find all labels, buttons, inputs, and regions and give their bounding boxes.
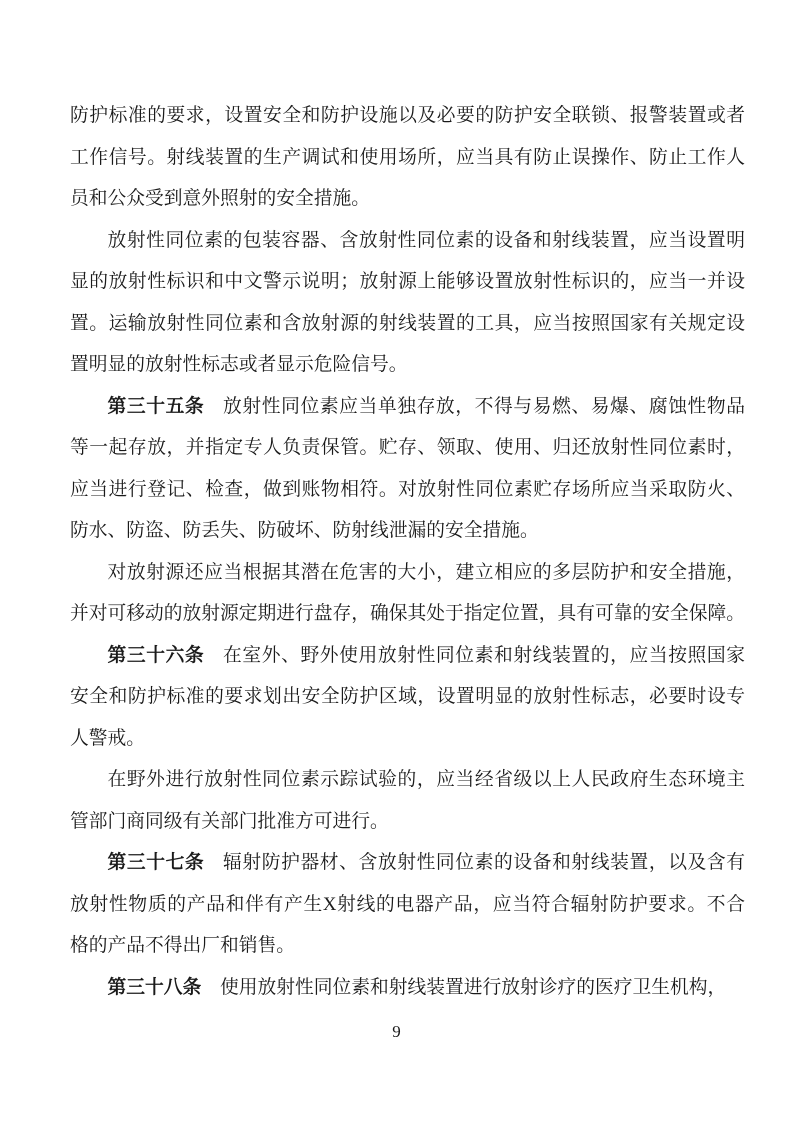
article-number: 第三十五条 — [108, 396, 205, 417]
text-line: 员和公众受到意外照射的安全措施。 — [70, 178, 745, 220]
text-line: 对放射源还应当根据其潜在危害的大小，建立相应的多层防护和安全措施， — [70, 552, 745, 594]
text-line: 防护标准的要求，设置安全和防护设施以及必要的防护安全联锁、报警装置或者 — [70, 95, 745, 137]
text-line: 第三十七条辐射防护器材、含放射性同位素的设备和射线装置，以及含有 — [70, 842, 745, 884]
text-line: 放射性同位素的包装容器、含放射性同位素的设备和射线装置，应当设置明 — [70, 220, 745, 262]
text-line: 格的产品不得出厂和销售。 — [70, 925, 745, 967]
text-line: 在野外进行放射性同位素示踪试验的，应当经省级以上人民政府生态环境主 — [70, 759, 745, 801]
text-line: 应当进行登记、检查，做到账物相符。对放射性同位素贮存场所应当采取防火、 — [70, 469, 745, 511]
text-line: 第三十八条使用放射性同位素和射线装置进行放射诊疗的医疗卫生机构， — [70, 967, 745, 1009]
text-line: 等一起存放，并指定专人负责保管。贮存、领取、使用、归还放射性同位素时， — [70, 427, 745, 469]
text-line: 安全和防护标准的要求划出安全防护区域，设置明显的放射性标志，必要时设专 — [70, 676, 745, 718]
text-line: 显的放射性标识和中文警示说明；放射源上能够设置放射性标识的，应当一并设 — [70, 261, 745, 303]
text-line: 第三十六条在室外、野外使用放射性同位素和射线装置的，应当按照国家 — [70, 635, 745, 677]
text-line: 工作信号。射线装置的生产调试和使用场所，应当具有防止误操作、防止工作人 — [70, 137, 745, 179]
text-line: 并对可移动的放射源定期进行盘存，确保其处于指定位置，具有可靠的安全保障。 — [70, 593, 745, 635]
text-line: 防水、防盗、防丢失、防破坏、防射线泄漏的安全措施。 — [70, 510, 745, 552]
text-line: 管部门商同级有关部门批准方可进行。 — [70, 801, 745, 843]
text-line: 第三十五条放射性同位素应当单独存放，不得与易燃、易爆、腐蚀性物品 — [70, 386, 745, 428]
text-block: 防护标准的要求，设置安全和防护设施以及必要的防护安全联锁、报警装置或者工作信号。… — [70, 95, 745, 1008]
article-number: 第三十七条 — [108, 852, 205, 873]
text-line: 人警戒。 — [70, 718, 745, 760]
document-page: 防护标准的要求，设置安全和防护设施以及必要的防护安全联锁、报警装置或者工作信号。… — [0, 0, 793, 1122]
text-line: 置明显的放射性标志或者显示危险信号。 — [70, 344, 745, 386]
text-line: 置。运输放射性同位素和含放射源的射线装置的工具，应当按照国家有关规定设 — [70, 303, 745, 345]
article-number: 第三十六条 — [108, 645, 205, 666]
text-line: 放射性物质的产品和伴有产生X射线的电器产品，应当符合辐射防护要求。不合 — [70, 884, 745, 926]
article-number: 第三十八条 — [108, 977, 202, 998]
page-number: 9 — [0, 1021, 793, 1043]
